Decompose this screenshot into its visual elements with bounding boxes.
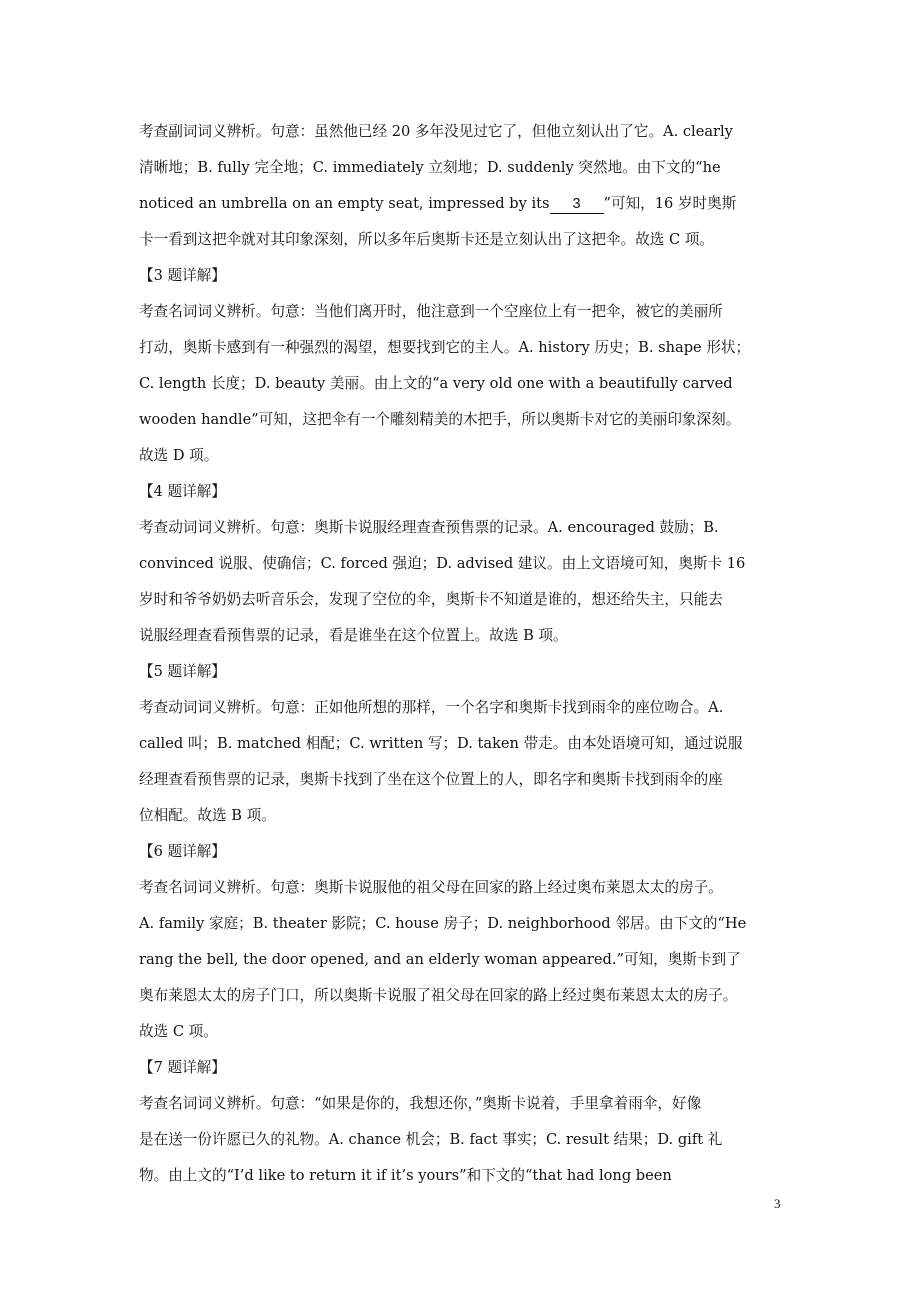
text-line: 故选 D 项。 [139,438,799,474]
text-line: 奥布莱恩太太的房子门口，所以奥斯卡说服了祖父母在回家的路上经过奥布莱恩太太的房子… [139,978,799,1014]
text-line-suffix: ”可知，16 岁时奥斯 [604,195,737,212]
section-q5-explanation: 【5 题详解】 考查动词词义辨析。句意：正如他所想的那样，一个名字和奥斯卡找到雨… [139,654,799,834]
section-q7-explanation: 【7 题详解】 考查名词词义辨析。句意：“如果是你的，我想还你，”奥斯卡说着，手… [139,1050,799,1194]
section-heading: 【6 题详解】 [139,834,799,870]
text-line: 说服经理查看预售票的记录，看是谁坐在这个位置上。故选 B 项。 [139,618,799,654]
text-line: 打动，奥斯卡感到有一种强烈的渴望，想要找到它的主人。A. history 历史；… [139,330,799,366]
text-line: 考查动词词义辨析。句意：奥斯卡说服经理查查预售票的记录。A. encourage… [139,510,799,546]
text-line: 考查名词词义辨析。句意：“如果是你的，我想还你，”奥斯卡说着，手里拿着雨伞，好像 [139,1086,799,1122]
text-line: 考查动词词义辨析。句意：正如他所想的那样，一个名字和奥斯卡找到雨伞的座位吻合。A… [139,690,799,726]
text-line-prefix: noticed an umbrella on an empty seat, im… [139,195,550,212]
text-line: A. family 家庭；B. theater 影院；C. house 房子；D… [139,906,799,942]
section-q2-explanation: 考查副词词义辨析。句意：虽然他已经 20 多年没见过它了，但他立刻认出了它。A.… [139,114,799,258]
section-heading: 【5 题详解】 [139,654,799,690]
text-line: 岁时和爷爷奶奶去听音乐会，发现了空位的伞，奥斯卡不知道是谁的，想还给失主，只能去 [139,582,799,618]
text-line: 物。由上文的“I’d like to return it if it’s you… [139,1158,799,1194]
document-page: 考查副词词义辨析。句意：虽然他已经 20 多年没见过它了，但他立刻认出了它。A.… [139,114,799,1194]
section-q3-explanation: 【3 题详解】 考查名词词义辨析。句意：当他们离开时，他注意到一个空座位上有一把… [139,258,799,474]
section-heading: 【7 题详解】 [139,1050,799,1086]
text-line: 位相配。故选 B 项。 [139,798,799,834]
text-line: 考查名词词义辨析。句意：奥斯卡说服他的祖父母在回家的路上经过奥布莱恩太太的房子。 [139,870,799,906]
text-line: 考查名词词义辨析。句意：当他们离开时，他注意到一个空座位上有一把伞，被它的美丽所 [139,294,799,330]
text-line: called 叫；B. matched 相配；C. written 写；D. t… [139,726,799,762]
text-line: rang the bell, the door opened, and an e… [139,942,799,978]
text-line: 是在送一份许愿已久的礼物。A. chance 机会；B. fact 事实；C. … [139,1122,799,1158]
text-line: wooden handle”可知，这把伞有一个雕刻精美的木把手，所以奥斯卡对它的… [139,402,799,438]
section-q6-explanation: 【6 题详解】 考查名词词义辨析。句意：奥斯卡说服他的祖父母在回家的路上经过奥布… [139,834,799,1050]
text-line: 经理查看预售票的记录，奥斯卡找到了坐在这个位置上的人，即名字和奥斯卡找到雨伞的座 [139,762,799,798]
text-line: 考查副词词义辨析。句意：虽然他已经 20 多年没见过它了，但他立刻认出了它。A.… [139,114,799,150]
text-line: convinced 说服、使确信；C. forced 强迫；D. advised… [139,546,799,582]
section-heading: 【4 题详解】 [139,474,799,510]
text-line: 故选 C 项。 [139,1014,799,1050]
text-line: 卡一看到这把伞就对其印象深刻，所以多年后奥斯卡还是立刻认出了这把伞。故选 C 项… [139,222,799,258]
text-line: C. length 长度；D. beauty 美丽。由上文的“a very ol… [139,366,799,402]
text-line: 清晰地；B. fully 完全地；C. immediately 立刻地；D. s… [139,150,799,186]
text-line: noticed an umbrella on an empty seat, im… [139,186,799,222]
section-q4-explanation: 【4 题详解】 考查动词词义辨析。句意：奥斯卡说服经理查查预售票的记录。A. e… [139,474,799,654]
section-heading: 【3 题详解】 [139,258,799,294]
blank-marker: 3 [550,197,604,214]
page-number: 3 [774,1196,781,1212]
